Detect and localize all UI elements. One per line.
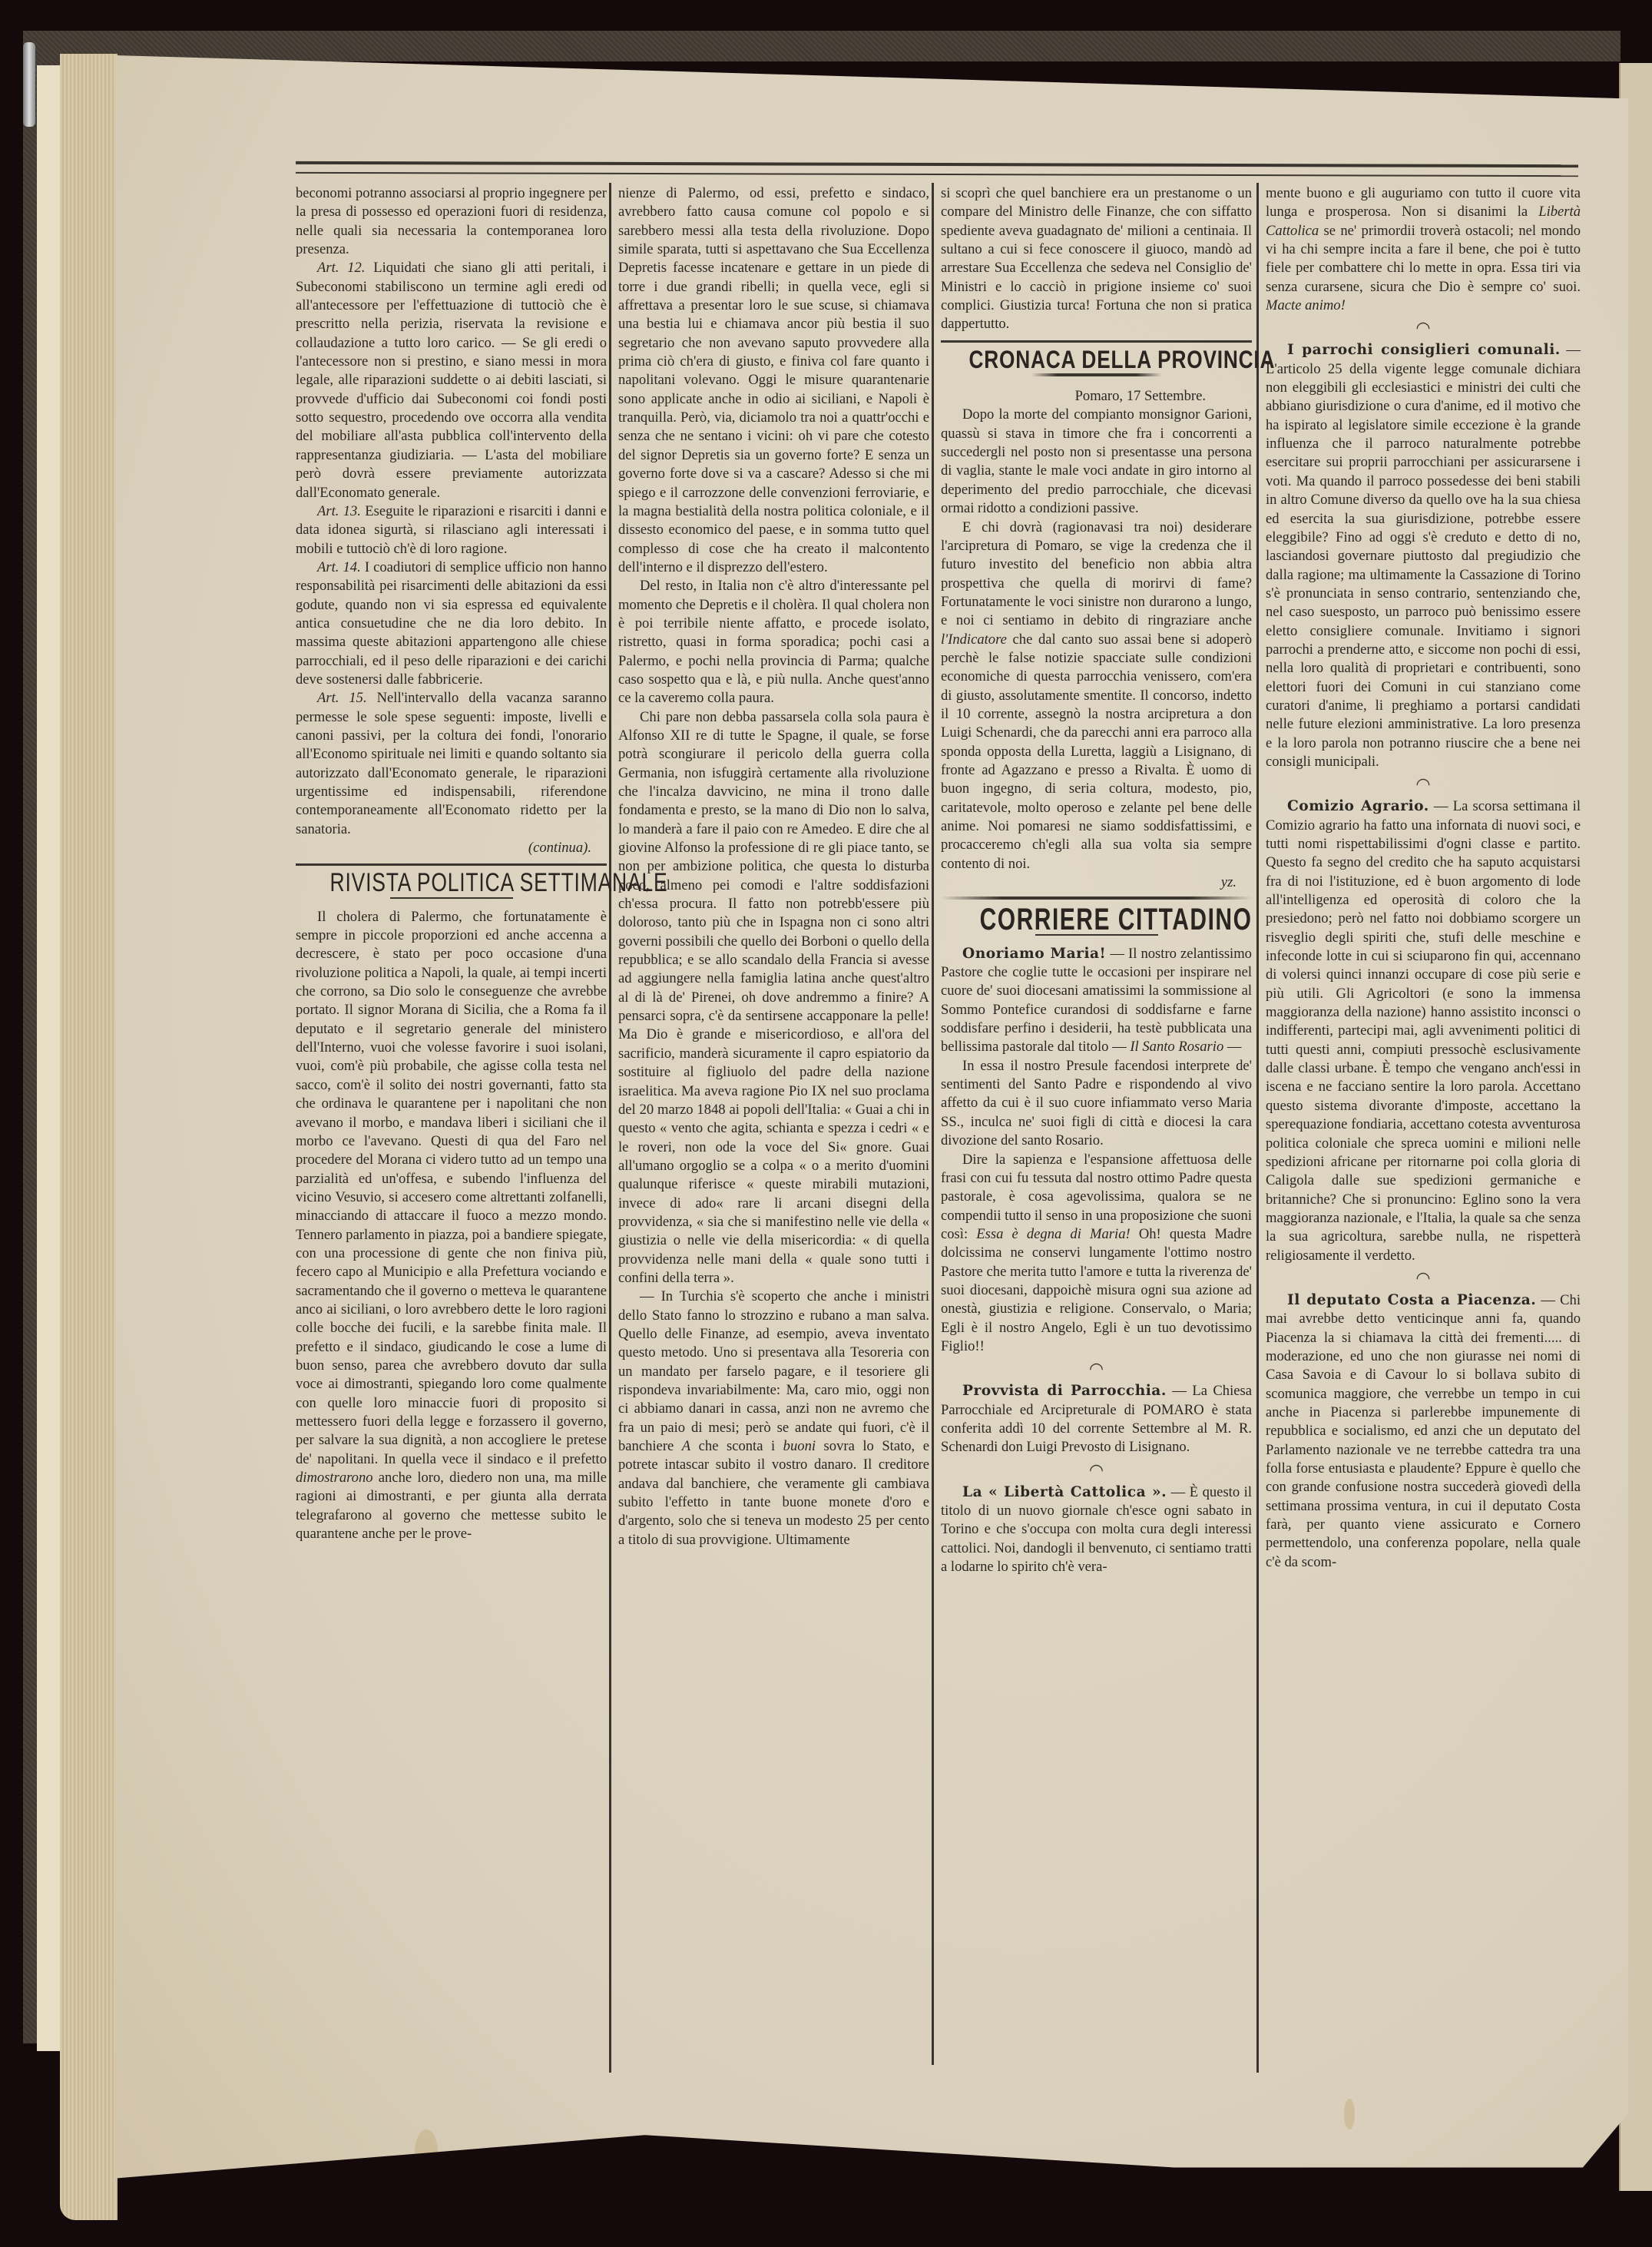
article-12: Art. 12. Liquidati che siano gli atti pe… xyxy=(296,259,607,502)
article-label: Art. 15. xyxy=(317,690,367,706)
dateline: Pomaro, 17 Settembre. xyxy=(941,387,1252,406)
continua-note: (continua). xyxy=(296,839,607,857)
section-title-corriere-cittadino: CORRIERE CITTADINO xyxy=(980,910,1213,929)
section-title-cronaca-provincia: CRONACA DELLA PROVINCIA xyxy=(968,350,1223,369)
section-title-rivista-politica: RIVISTA POLITICA SETTIMANALE xyxy=(330,873,573,892)
news-headline: Comizio Agrario. xyxy=(1287,798,1429,814)
section-divider xyxy=(941,896,1252,900)
text-run: mente buono e gli auguriamo con tutto il… xyxy=(1266,185,1581,220)
article-text: In essa il nostro Presule facendosi inte… xyxy=(941,1057,1252,1151)
article-text: — In Turchia s'è scoperto che anche i mi… xyxy=(618,1288,929,1549)
title-ornament-rule xyxy=(1031,373,1162,376)
column-1: beconomi potranno associarsi al proprio … xyxy=(296,184,607,1543)
news-headline: Il deputato Costa a Piacenza. xyxy=(1287,1292,1536,1308)
article-15: Art. 15. Nell'intervallo della vacanza s… xyxy=(296,689,607,839)
column-rule xyxy=(609,183,611,2073)
emphasis: Il Santo Rosario xyxy=(1130,1039,1223,1055)
fleuron-ornament: ◠ xyxy=(1266,774,1581,794)
article-text: Chi pare non debba passarsela colla sola… xyxy=(618,708,929,1288)
news-item-onoriamo-maria: Onoriamo Maria! — Il nostro zelantissimo… xyxy=(941,945,1252,1057)
news-headline: Onoriamo Maria! xyxy=(962,946,1106,962)
fleuron-ornament: ◠ xyxy=(1266,1268,1581,1288)
article-text: E chi dovrà (ragionavasi tra noi) deside… xyxy=(941,519,1252,874)
emphasis: Essa è degna di Maria! xyxy=(976,1226,1130,1242)
news-item-provvista: Provvista di Parrocchia. — La Chiesa Par… xyxy=(941,1382,1252,1457)
section-divider xyxy=(941,340,1252,343)
news-item-parrochi: I parrochi consiglieri comunali. — L'art… xyxy=(1266,341,1581,771)
emphasis: buoni xyxy=(783,1438,816,1454)
column-rule xyxy=(1256,183,1259,2073)
column-4: mente buono e gli auguriamo con tutto il… xyxy=(1266,184,1581,1572)
binding-corner-protector xyxy=(23,42,35,127)
book-binding-top xyxy=(23,31,1621,61)
article-label: Art. 14. xyxy=(317,559,361,575)
article-body: Liquidati che siano gli atti peritali, i… xyxy=(296,260,607,500)
text-run: — In Turchia s'è scoperto che anche i mi… xyxy=(618,1288,929,1454)
text-run: — Chi mai avrebbe detto venticinque anni… xyxy=(1266,1292,1581,1570)
article-13: Art. 13. Eseguite le riparazioni e risar… xyxy=(296,502,607,558)
article-text: nienze di Palermo, od essi, prefetto e s… xyxy=(618,184,929,577)
emphasis: dimostrarono xyxy=(296,1470,373,1486)
article-body: I coadiutori di semplice ufficio non han… xyxy=(296,559,607,688)
text-run: — La scorsa settimana il Comizio agrario… xyxy=(1266,798,1581,1263)
column-2: nienze di Palermo, od essi, prefetto e s… xyxy=(618,184,929,1549)
text-run: Il cholera di Palermo, che fortunatament… xyxy=(296,909,607,1467)
news-item-costa-piacenza: Il deputato Costa a Piacenza. — Chi mai … xyxy=(1266,1291,1581,1572)
section-divider xyxy=(296,863,607,866)
text-run: che sconta i xyxy=(699,1438,776,1454)
news-headline: I parrochi consiglieri comunali. xyxy=(1287,342,1561,358)
news-headline: Provvista di Parrocchia. xyxy=(962,1383,1167,1399)
fleuron-ornament: ◠ xyxy=(941,1460,1252,1480)
article-text: beconomi potranno associarsi al proprio … xyxy=(296,184,607,259)
article-label: Art. 12. xyxy=(317,260,365,276)
column-3: si scoprì che quel banchiere era un pres… xyxy=(941,184,1252,1576)
fleuron-ornament: ◠ xyxy=(1266,318,1581,338)
fleuron-ornament: ◠ xyxy=(941,1359,1252,1379)
emphasis: A xyxy=(682,1438,690,1454)
text-run: che dal canto suo assai bene si adoperò … xyxy=(941,631,1252,872)
article-text: si scoprì che quel banchiere era un pres… xyxy=(941,184,1252,334)
article-text: Il cholera di Palermo, che fortunatament… xyxy=(296,908,607,1544)
news-headline: La « Libertà Cattolica ». xyxy=(962,1484,1167,1500)
page-edges-stack xyxy=(60,54,118,2220)
news-item-comizio-agrario: Comizio Agrario. — La scorsa settimana i… xyxy=(1266,797,1581,1265)
news-item-liberta-cattolica: La « Libertà Cattolica ». — È questo il … xyxy=(941,1483,1252,1577)
text-run: E chi dovrà (ragionavasi tra noi) deside… xyxy=(941,519,1252,629)
article-text: mente buono e gli auguriamo con tutto il… xyxy=(1266,184,1581,315)
emphasis: Macte animo! xyxy=(1266,297,1346,313)
article-text: Del resto, in Italia non c'è altro d'int… xyxy=(618,577,929,708)
article-14: Art. 14. I coadiutori di semplice uffici… xyxy=(296,558,607,689)
column-rule xyxy=(932,183,934,2065)
emphasis: l'Indicatore xyxy=(941,631,1007,648)
text-run: Oh! questa Madre dolcissima ne conservi … xyxy=(941,1226,1252,1354)
paper-stain xyxy=(1344,2099,1355,2129)
text-run: — L'articolo 25 della vigente legge comu… xyxy=(1266,342,1581,770)
text-run: sovra lo Stato, e potrete intascar subit… xyxy=(618,1438,929,1548)
article-body: Nell'intervallo della vacanza saranno pe… xyxy=(296,690,607,837)
signature: yz. xyxy=(941,873,1252,892)
text-run: — xyxy=(1227,1039,1242,1055)
paper-stain xyxy=(415,2129,438,2176)
article-text: Dopo la morte del compianto monsignor Ga… xyxy=(941,406,1252,518)
endpaper xyxy=(37,65,60,2051)
article-text: Dire la sapienza e l'espansione affettuo… xyxy=(941,1151,1252,1357)
article-label: Art. 13. xyxy=(317,503,361,519)
